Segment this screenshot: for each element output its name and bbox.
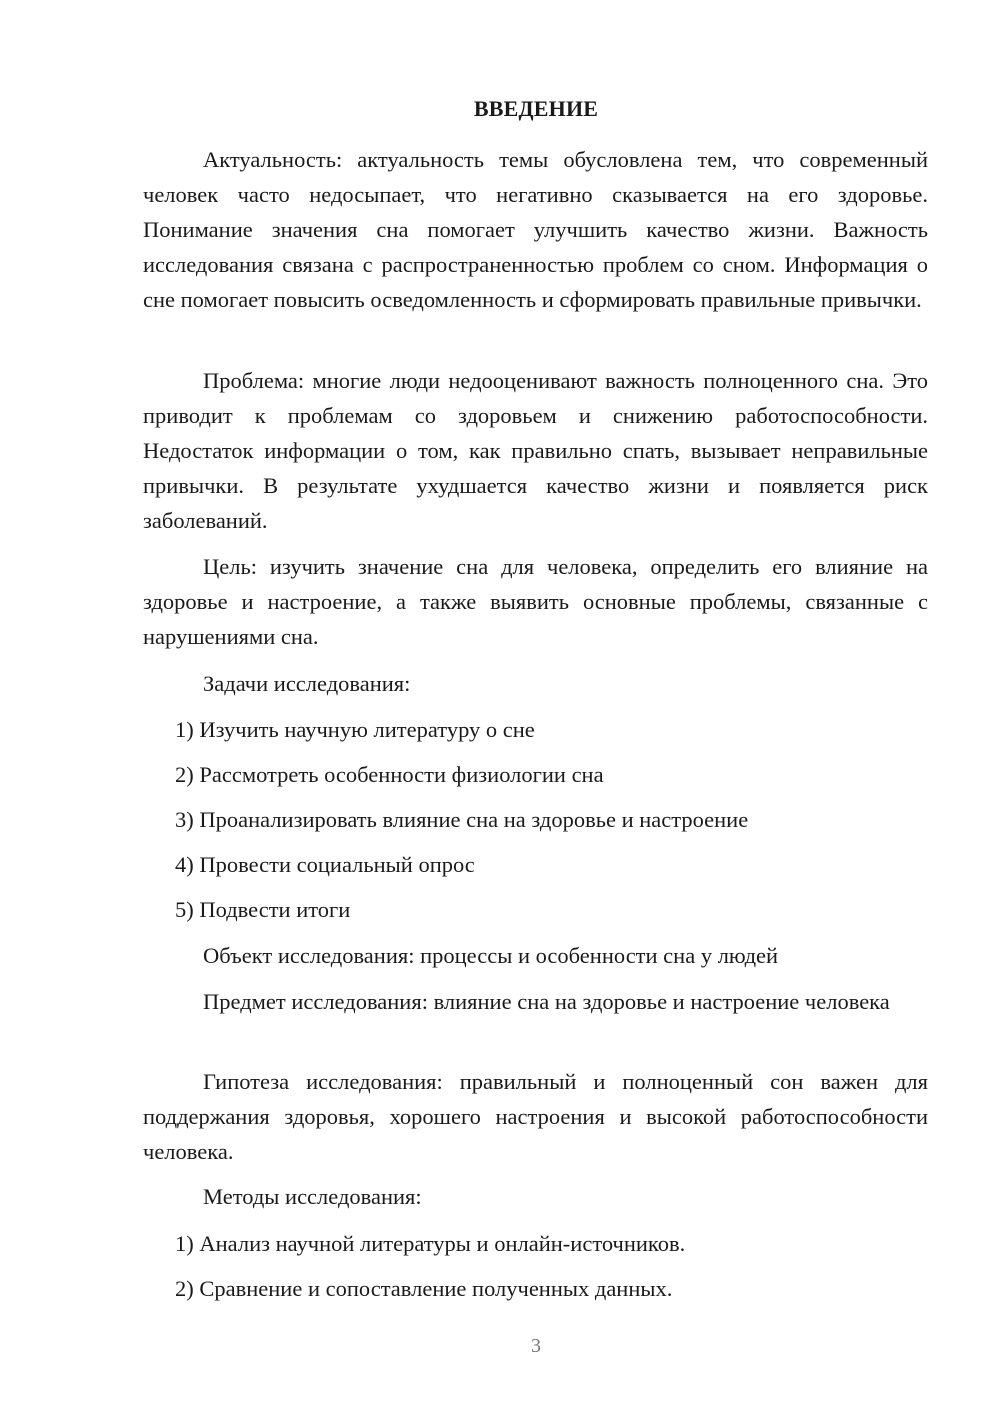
paragraph-object: Объект исследования: процессы и особенно… <box>203 941 778 971</box>
document-page: ВВЕДЕНИЕ Актуальность: актуальность темы… <box>0 0 1000 1414</box>
methods-heading: Методы исследования: <box>203 1182 422 1212</box>
paragraph-subject: Предмет исследования: влияние сна на здо… <box>143 984 928 1019</box>
paragraph-goal: Цель: изучить значение сна для человека,… <box>143 549 928 654</box>
task-item: 4) Провести социальный опрос <box>175 850 475 880</box>
task-item: 2) Рассмотреть особенности физиологии сн… <box>175 760 604 790</box>
paragraph-hypothesis: Гипотеза исследования: правильный и полн… <box>143 1064 928 1169</box>
page-number: 3 <box>0 1335 1000 1358</box>
task-item: 3) Проанализировать влияние сна на здоро… <box>175 805 748 835</box>
task-item: 1) Изучить научную литературу о сне <box>175 715 535 745</box>
method-item: 2) Сравнение и сопоставление полученных … <box>175 1274 672 1304</box>
paragraph-relevance: Актуальность: актуальность темы обусловл… <box>143 142 928 317</box>
paragraph-problem: Проблема: многие люди недооценивают важн… <box>143 363 928 538</box>
task-item: 5) Подвести итоги <box>175 895 350 925</box>
tasks-heading: Задачи исследования: <box>203 669 410 699</box>
section-title: ВВЕДЕНИЕ <box>0 96 1000 122</box>
method-item: 1) Анализ научной литературы и онлайн-ис… <box>175 1229 685 1259</box>
